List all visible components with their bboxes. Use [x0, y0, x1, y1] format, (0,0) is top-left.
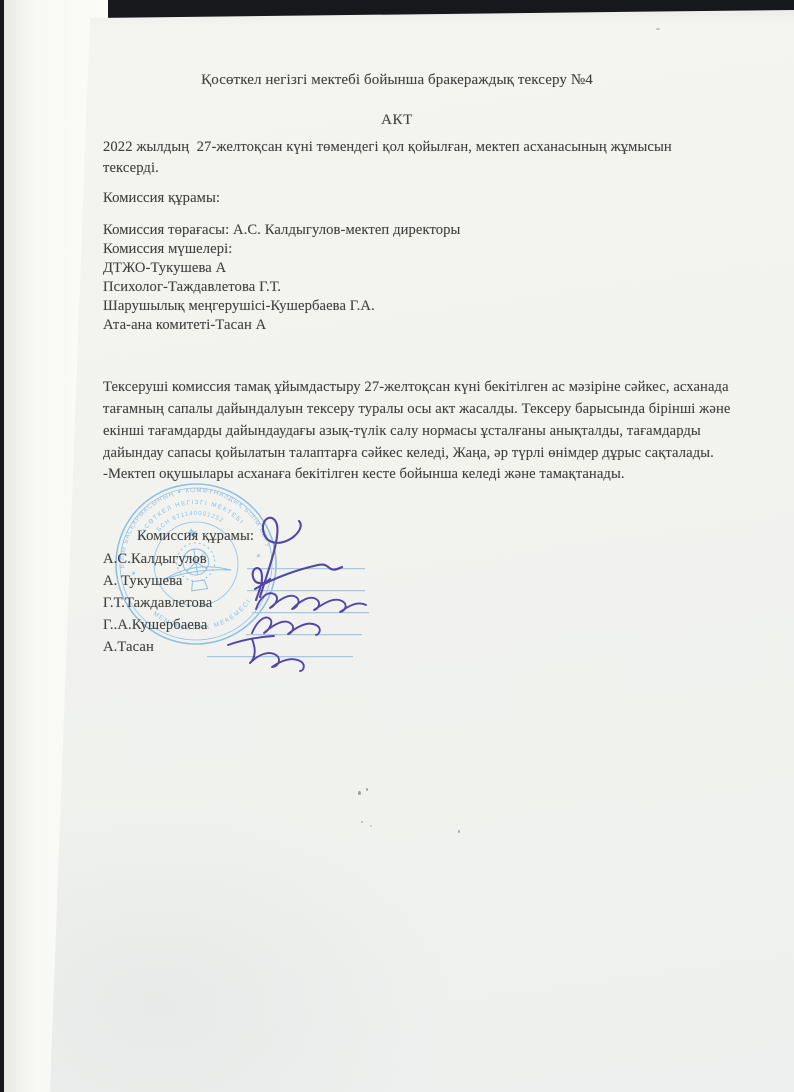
- signatory-name: Г.Т.Таждавлетова: [103, 595, 212, 612]
- commission-line: Ата-ана комитеті-Тасан А: [103, 317, 266, 334]
- signature-tazhdavletova: [256, 593, 366, 612]
- handwritten-signatures: [200, 505, 450, 685]
- ink-speck: [656, 28, 660, 30]
- scanned-document-page: { "colors": { "ink": "#45399e", "stamp":…: [0, 0, 794, 1092]
- commission-line: Комиссия мүшелері:: [103, 241, 232, 258]
- ink-speck: [458, 830, 460, 833]
- signatory-name: А.Тасан: [103, 639, 154, 656]
- body-line: тағамның сапалы дайындалуын тексеру тура…: [103, 401, 730, 418]
- body-line: дайындау сапасы қойылатын талаптарға сәй…: [103, 445, 714, 462]
- signature-kaldygulov: [253, 518, 342, 600]
- ink-speck: [370, 825, 372, 827]
- signature-kusherbaeva: [252, 618, 320, 635]
- ink-speck: [361, 821, 363, 823]
- ink-speck: [366, 788, 368, 791]
- body-line: екінші тағамдарды дайындаудағы азық-түлі…: [103, 423, 701, 440]
- signatory-name: А. Тукушева: [103, 573, 183, 590]
- commission-line: Комиссия төрағасы: А.С. Калдыгулов-мекте…: [103, 222, 460, 239]
- body-line: Тексеруші комиссия тамақ ұйымдастыру 27-…: [103, 379, 729, 396]
- commission-header: Комиссия құрамы:: [103, 190, 220, 207]
- intro-line: 2022 жылдың 27-желтоқсан күні төмендегі …: [103, 139, 672, 156]
- scan-frame: Қосөткел негізгі мектебі бойынша бракера…: [0, 0, 794, 1092]
- signatory-name: Г..А.Кушербаева: [103, 617, 207, 634]
- intro-line: тексерді.: [103, 160, 159, 177]
- document-title: Қосөткел негізгі мектебі бойынша бракера…: [0, 72, 794, 89]
- commission-line: Шарушылық меңгерушісі-Кушербаева Г.А.: [103, 298, 375, 315]
- commission-line: ДТЖО-Тукушева А: [103, 260, 226, 277]
- ink-speck: [358, 791, 361, 795]
- signature-tasan: [228, 636, 304, 671]
- signatory-name: А.С.Калдыгулов: [103, 551, 207, 568]
- document-heading: АКТ: [0, 112, 794, 129]
- commission-line: Психолог-Таждавлетова Г.Т.: [103, 279, 281, 296]
